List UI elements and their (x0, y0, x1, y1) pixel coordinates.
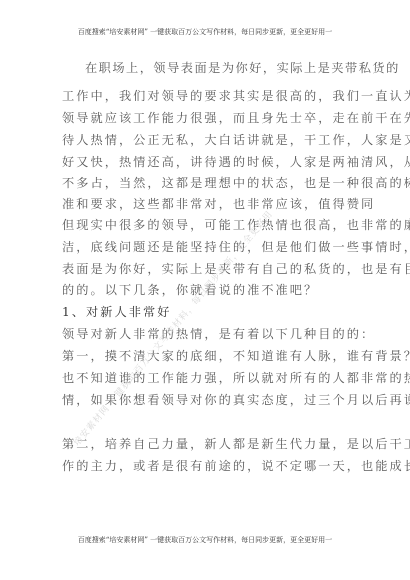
paragraph-line: 第二，培养自己力量，新人都是新生代力量，是以后干工 (62, 437, 362, 451)
paragraph-line: 第一，摸不清大家的底细，不知道谁有人脉，谁有背景？ (62, 349, 362, 363)
paragraph-line: 但现实中很多的领导，可能工作热情也很高，也非常的廉 (62, 218, 362, 232)
paragraph-line: 作的主力，或者是很有前途的，说不定哪一天，也能成长 (62, 459, 362, 473)
paragraph-line: 不多占，当然，这都是理想中的状态，也是一种很高的标 (62, 176, 362, 190)
paragraph-line: 准和要求，这些都非常对，也非常应该，值得赞同 (62, 197, 362, 211)
paragraph-line: 领导就应该工作能力很强，而且身先士卒，走在前干在先 (62, 111, 362, 125)
paragraph-line: 在职场上，领导表面是为你好，实际上是夹带私货的 (85, 61, 385, 75)
header-banner: 百度搜索“培安素材网” 一键获取百万公文写作材料，每日同步更新，更全更好用一 (0, 27, 410, 37)
paragraph-line: 工作中，我们对领导的要求其实是很高的，我们一直认为 (62, 89, 362, 103)
paragraph-line: 洁，底线问题还是能坚持住的，但是他们做一些事情时， (62, 240, 362, 254)
footer-banner: 百度搜索“培安素材网” 一键获取百万公文写作材料，每日同步更新，更全更好用一 (0, 535, 410, 545)
paragraph-line: 领导对新人非常的热情，是有着以下几种目的的： (62, 327, 362, 341)
paragraph-line: 也不知道谁的工作能力强，所以就对所有的人都非常的热 (62, 371, 362, 385)
paragraph-line: 好又快，热情还高，讲待遇的时候，人家是两袖清风，从 (62, 155, 362, 169)
paragraph-line: 待人热情，公正无私，大白话讲就是，干工作，人家是又 (62, 133, 362, 147)
section-heading: 1、对新人非常好 (62, 305, 362, 319)
